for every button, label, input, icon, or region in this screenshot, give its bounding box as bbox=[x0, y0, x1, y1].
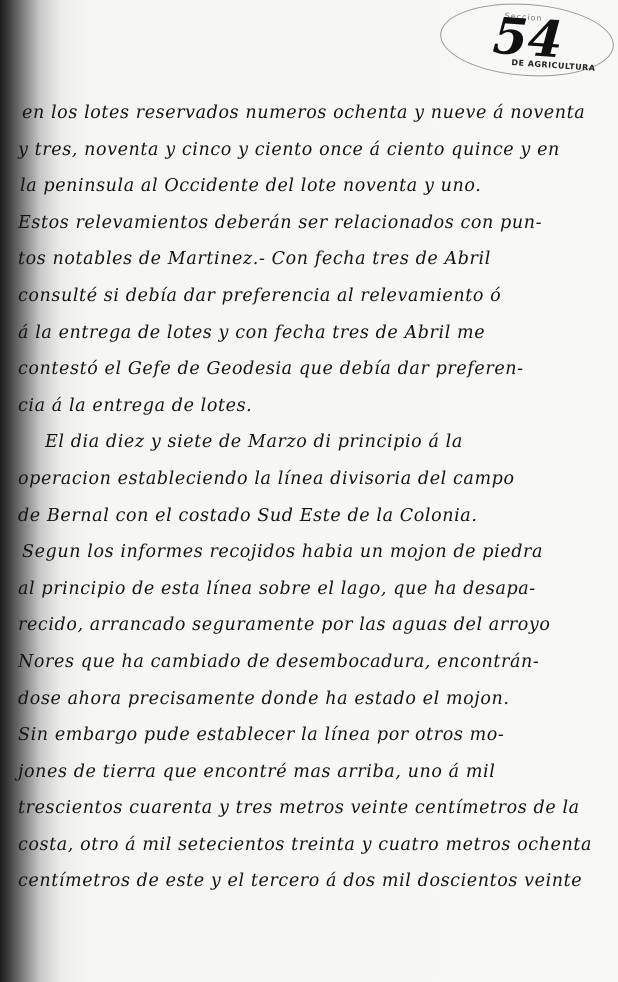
manuscript-page: Seccion 54 DE AGRICULTURA en los lotes r… bbox=[0, 0, 618, 982]
text-line: costa, otro á mil setecientos treinta y … bbox=[0, 828, 618, 865]
text-line: tos notables de Martinez.- Con fecha tre… bbox=[0, 242, 618, 279]
text-line: consulté si debía dar preferencia al rel… bbox=[0, 279, 618, 316]
text-line: Segun los informes recojidos habia un mo… bbox=[0, 535, 618, 572]
text-line: al principio de esta línea sobre el lago… bbox=[0, 572, 618, 609]
text-line: operacion estableciendo la línea divisor… bbox=[0, 462, 618, 499]
stamp-bottom-text: DE AGRICULTURA bbox=[511, 58, 596, 73]
text-line: en los lotes reservados numeros ochenta … bbox=[0, 96, 618, 133]
text-line: cia á la entrega de lotes. bbox=[0, 389, 618, 426]
text-line: dose ahora precisamente donde ha estado … bbox=[0, 682, 618, 719]
archive-stamp: Seccion 54 DE AGRICULTURA bbox=[438, 0, 617, 82]
text-line: y tres, noventa y cinco y ciento once á … bbox=[0, 133, 618, 170]
text-line: de Bernal con el costado Sud Este de la … bbox=[0, 499, 618, 536]
text-line: centímetros de este y el tercero á dos m… bbox=[0, 864, 618, 901]
text-line: recido, arrancado seguramente por las ag… bbox=[0, 608, 618, 645]
text-line: contestó el Gefe de Geodesia que debía d… bbox=[0, 352, 618, 389]
text-line: Nores que ha cambiado de desembocadura, … bbox=[0, 645, 618, 682]
text-line: Sin embargo pude establecer la línea por… bbox=[0, 718, 618, 755]
text-line: El dia diez y siete de Marzo di principi… bbox=[0, 425, 618, 462]
text-line: la peninsula al Occidente del lote noven… bbox=[0, 169, 618, 206]
text-line: Estos relevamientos deberán ser relacion… bbox=[0, 206, 618, 243]
text-line: á la entrega de lotes y con fecha tres d… bbox=[0, 316, 618, 353]
text-line: trescientos cuarenta y tres metros veint… bbox=[0, 791, 618, 828]
handwritten-text-body: en los lotes reservados numeros ochenta … bbox=[0, 96, 618, 901]
folio-number: 54 bbox=[491, 11, 564, 66]
text-line: jones de tierra que encontré mas arriba,… bbox=[0, 755, 618, 792]
